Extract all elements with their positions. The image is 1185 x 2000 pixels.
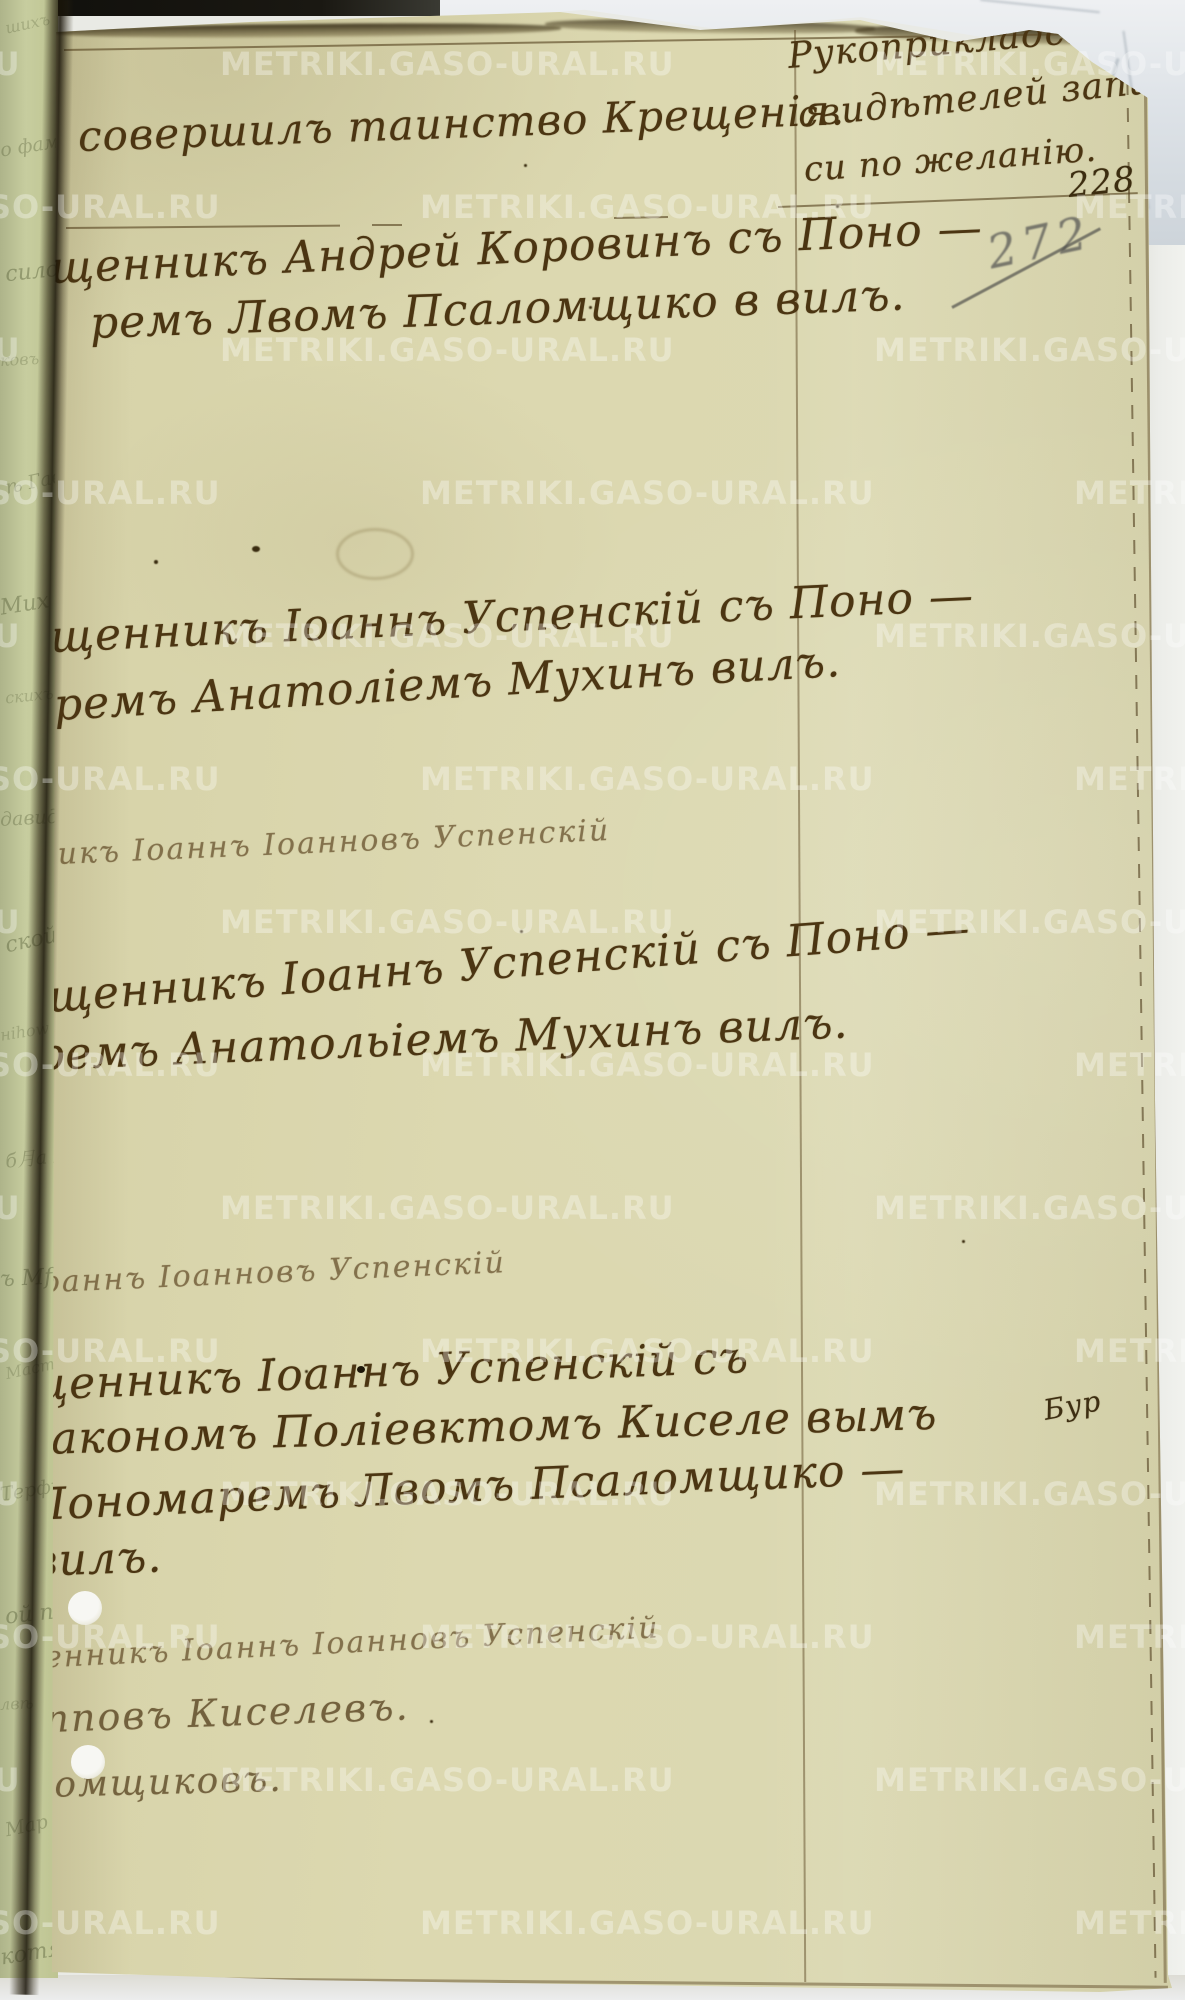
watermark-text: METRIKI.GASO-URAL.RU: [220, 1761, 675, 1799]
watermark-text: METRIKI.GASO-URAL.RU: [220, 45, 675, 83]
ink-speck: [272, 1358, 275, 1361]
watermark-text: METRIKI.GASO-URAL.RU: [874, 45, 1185, 83]
watermark-text: METRIKI.GASO-URAL.RU: [0, 1761, 21, 1799]
watermark-text: METRIKI.GASO-URAL.RU: [220, 331, 675, 369]
watermark-text: METRIKI.GASO-URAL.RU: [420, 188, 875, 226]
watermark-text: METRIKI.GASO-URAL.RU: [0, 331, 21, 369]
watermark-text: METRIKI.GASO-URAL.RU: [0, 617, 21, 655]
watermark-text: METRIKI.GASO-URAL.RU: [874, 331, 1185, 369]
watermark-text: METRIKI.GASO-URAL.RU: [1074, 1618, 1185, 1656]
ink-speck: [430, 1720, 433, 1723]
watermark-text: METRIKI.GASO-URAL.RU: [0, 1189, 21, 1227]
watermark-text: METRIKI.GASO-URAL.RU: [0, 1332, 221, 1370]
watermark-text: METRIKI.GASO-URAL.RU: [0, 474, 221, 512]
watermark-text: METRIKI.GASO-URAL.RU: [874, 903, 1185, 941]
watermark-text: METRIKI.GASO-URAL.RU: [1074, 1046, 1185, 1084]
ruled-line-header-dash: [372, 224, 402, 226]
watermark-text: METRIKI.GASO-URAL.RU: [420, 474, 875, 512]
watermark-text: METRIKI.GASO-URAL.RU: [420, 760, 875, 798]
watermark-text: METRIKI.GASO-URAL.RU: [420, 1332, 875, 1370]
ink-speck: [962, 1240, 965, 1243]
watermark-text: METRIKI.GASO-URAL.RU: [420, 1618, 875, 1656]
watermark-text: METRIKI.GASO-URAL.RU: [0, 760, 221, 798]
document-scan: шихъо фамсилchangeковъѣ ГавМихскихъдавид…: [0, 0, 1185, 2000]
paper-stain: [336, 528, 414, 580]
watermark-text: METRIKI.GASO-URAL.RU: [874, 1761, 1185, 1799]
watermark-text: METRIKI.GASO-URAL.RU: [1074, 1904, 1185, 1942]
scanner-edge-strip: [42, 0, 440, 16]
watermark-text: METRIKI.GASO-URAL.RU: [874, 1189, 1185, 1227]
watermark-text: METRIKI.GASO-URAL.RU: [1074, 188, 1185, 226]
ink-speck: [252, 546, 260, 552]
watermark-text: METRIKI.GASO-URAL.RU: [0, 188, 221, 226]
watermark-text: METRIKI.GASO-URAL.RU: [0, 1618, 221, 1656]
watermark-text: METRIKI.GASO-URAL.RU: [220, 1475, 675, 1513]
watermark-text: METRIKI.GASO-URAL.RU: [420, 1046, 875, 1084]
punch-hole: [71, 1745, 105, 1779]
watermark-text: METRIKI.GASO-URAL.RU: [420, 1904, 875, 1942]
metric-book-page: совершилъ таинство Крещенія. Рукоприклад…: [0, 0, 1185, 2000]
ink-speck: [524, 164, 527, 167]
ink-speck: [154, 560, 158, 564]
watermark-text: METRIKI.GASO-URAL.RU: [1074, 474, 1185, 512]
watermark-text: METRIKI.GASO-URAL.RU: [0, 1046, 221, 1084]
ink-speck: [697, 127, 702, 131]
watermark-text: METRIKI.GASO-URAL.RU: [220, 1189, 675, 1227]
watermark-text: METRIKI.GASO-URAL.RU: [874, 617, 1185, 655]
watermark-text: METRIKI.GASO-URAL.RU: [1074, 1332, 1185, 1370]
watermark-text: METRIKI.GASO-URAL.RU: [220, 617, 675, 655]
watermark-text: METRIKI.GASO-URAL.RU: [0, 1904, 221, 1942]
watermark-text: METRIKI.GASO-URAL.RU: [0, 1475, 21, 1513]
ink-speck: [357, 1366, 365, 1373]
watermark-text: METRIKI.GASO-URAL.RU: [874, 1475, 1185, 1513]
ink-speck: [589, 306, 592, 309]
watermark-text: METRIKI.GASO-URAL.RU: [220, 903, 675, 941]
ink-speck: [305, 1370, 308, 1373]
watermark-text: METRIKI.GASO-URAL.RU: [0, 45, 21, 83]
watermark-text: METRIKI.GASO-URAL.RU: [1074, 760, 1185, 798]
watermark-text: METRIKI.GASO-URAL.RU: [0, 903, 21, 941]
